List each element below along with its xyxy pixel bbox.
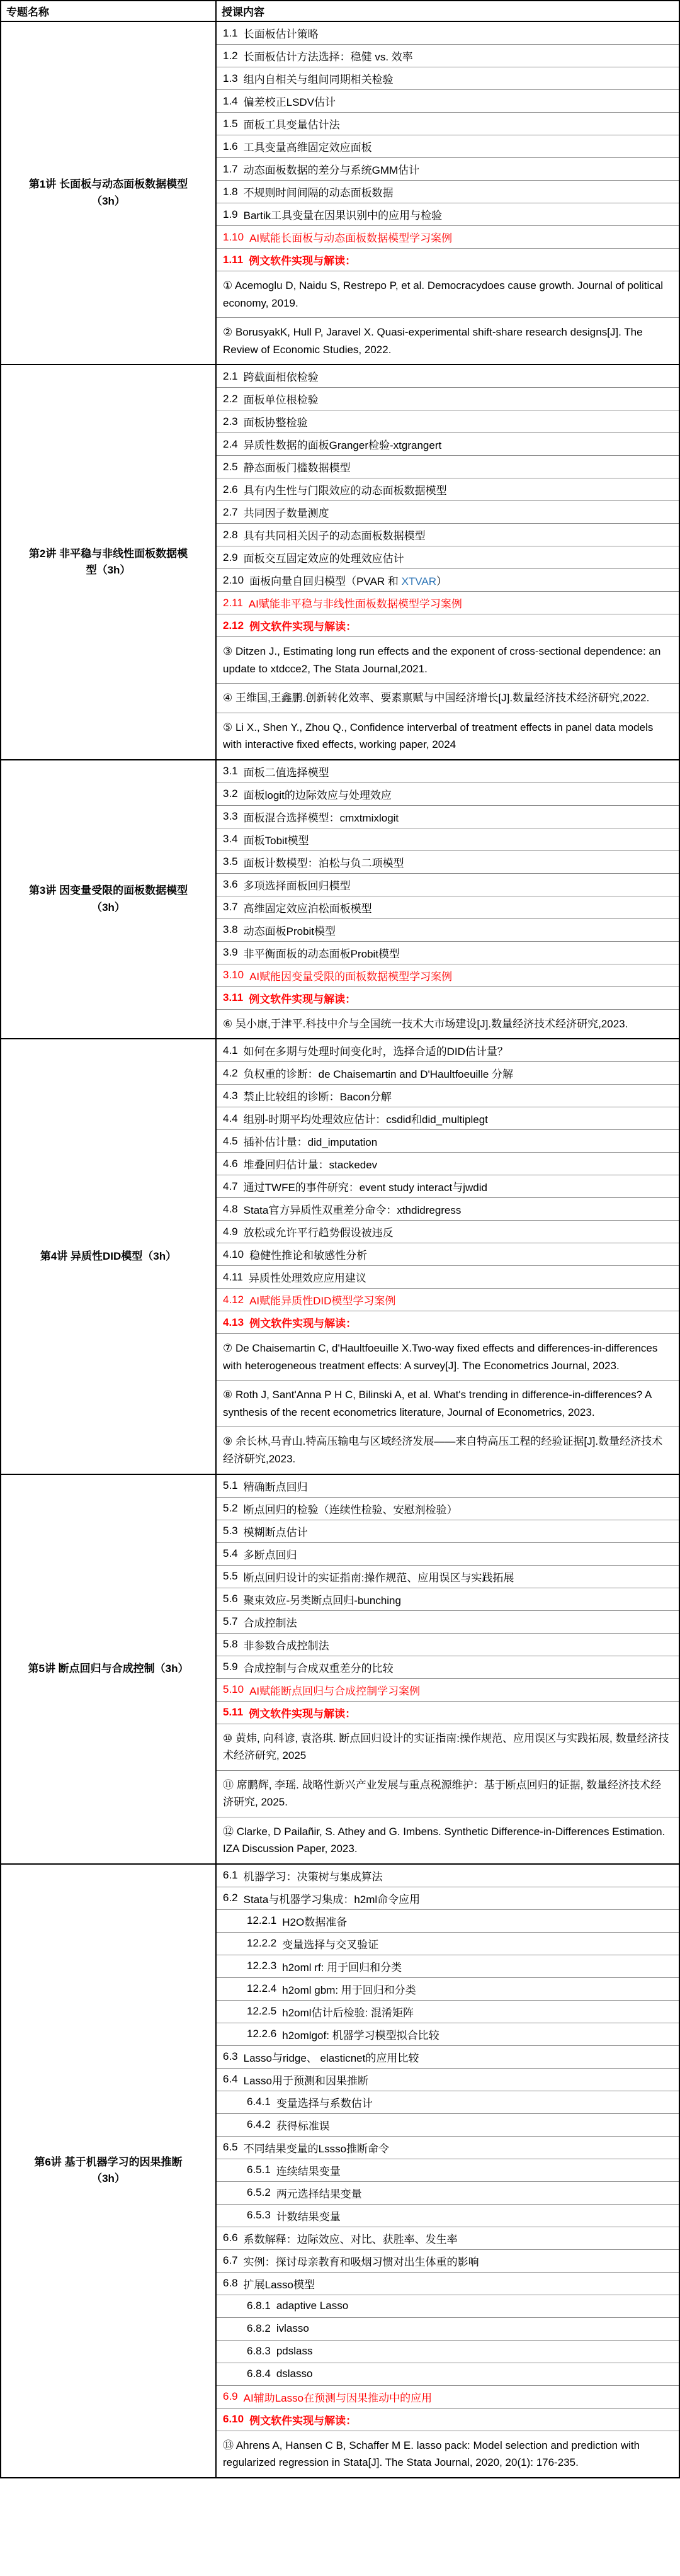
item-text: 获得标准误	[276, 2117, 330, 2133]
item-text: 例文软件实现与解读：	[249, 618, 356, 633]
content-row: 1.8不规则时间间隔的动态面板数据	[217, 181, 679, 203]
content-row: 4.9放松或允许平行趋势假设被违反	[217, 1221, 679, 1243]
reference-row: ⑩ 黄炜, 向科谚, 袁洛琪. 断点回归设计的实证指南:操作规范、应用误区与实践…	[217, 1724, 679, 1771]
item-text: 变量选择与系数估计	[276, 2094, 373, 2110]
content-row: 5.6聚束效应-另类断点回归-bunching	[217, 1588, 679, 1611]
item-number: 6.8.2	[247, 2322, 271, 2335]
content-row: 1.11例文软件实现与解读：	[217, 249, 679, 271]
item-text: 多项选择面板回归模型	[244, 877, 351, 893]
item-text: 扩展Lasso模型	[244, 2276, 315, 2291]
item-number: 6.4.2	[247, 2118, 271, 2131]
item-text: h2oml估计后检验: 混淆矩阵	[282, 2004, 414, 2020]
item-text: 面板工具变量估计法	[244, 116, 340, 132]
item-text: 插补估计量：did_imputation	[244, 1133, 378, 1149]
item-text-part: 面板向量自回归模型（PVAR 和	[249, 575, 401, 587]
item-number: 1.2	[223, 50, 238, 62]
item-number: 4.10	[223, 1248, 244, 1261]
item-text: 连续结果变量	[276, 2162, 341, 2178]
item-text: 断点回归的检验（连续性检验、安慰剂检验）	[244, 1501, 458, 1517]
item-number: 5.2	[223, 1502, 238, 1515]
item-number: 4.1	[223, 1044, 238, 1057]
content-row: 5.3模糊断点估计	[217, 1520, 679, 1543]
item-number: 6.8.1	[247, 2300, 271, 2312]
item-number: 1.3	[223, 72, 238, 85]
reference-row: ⑪ 席鹏辉, 李瑶. 战略性新兴产业发展与重点税源维护：基于断点回归的证据, 数…	[217, 1771, 679, 1817]
content-row: 6.8.1adaptive Lasso	[217, 2295, 679, 2318]
reference-row: ④ 王维国,王鑫鹏.创新转化效率、要素禀赋与中国经济增长[J].数量经济技术经济…	[217, 684, 679, 713]
content-row: 1.6工具变量高维固定效应面板	[217, 135, 679, 158]
content-row: 12.2.5h2oml估计后检验: 混淆矩阵	[217, 2001, 679, 2023]
reference-row: ⑫ Clarke, D Pailañir, S. Athey and G. Im…	[217, 1817, 679, 1863]
content-row: 1.1长面板估计策略	[217, 22, 679, 45]
content-row: 1.4偏差校正LSDV估计	[217, 90, 679, 113]
item-text: Lasso与ridge、 elasticnet的应用比较	[244, 2049, 419, 2065]
content-row: 6.7实例：探讨母亲教育和吸烟习惯对出生体重的影响	[217, 2250, 679, 2273]
item-number: 2.2	[223, 393, 238, 405]
item-number: 3.2	[223, 788, 238, 800]
item-number: 6.8	[223, 2277, 238, 2290]
item-number: 6.4	[223, 2073, 238, 2086]
item-number: 2.11	[223, 597, 243, 609]
item-number: 12.2.5	[247, 2005, 276, 2018]
content-row: 12.2.6h2omlgof: 机器学习模型拟合比较	[217, 2023, 679, 2046]
content-row: 4.4组别-时期平均处理效应估计：csdid和did_multiplegt	[217, 1107, 679, 1130]
content-row: 6.5不同结果变量的Lssso推断命令	[217, 2137, 679, 2159]
content-row: 5.4多断点回归	[217, 1543, 679, 1566]
item-text: 负权重的诊断：de Chaisemartin and D'Haultfoeuil…	[244, 1065, 513, 1081]
content-row: 3.9非平衡面板的动态面板Probit模型	[217, 942, 679, 964]
item-number: 6.10	[223, 2413, 244, 2426]
course-section: 第2讲 非平稳与非线性面板数据模 型（3h）2.1跨截面相依检验2.2面板单位根…	[1, 365, 679, 760]
item-number: 1.4	[223, 95, 238, 108]
content-row: 12.2.1H2O数据准备	[217, 1910, 679, 1933]
content-row: 2.1跨截面相依检验	[217, 365, 679, 388]
item-text: H2O数据准备	[282, 1913, 347, 1929]
item-number: 2.7	[223, 506, 238, 519]
content-row: 12.2.4h2oml gbm: 用于回归和分类	[217, 1978, 679, 2001]
item-text: 例文软件实现与解读：	[249, 252, 356, 268]
item-text: 机器学习：决策树与集成算法	[244, 1868, 383, 1884]
item-text: 计数结果变量	[276, 2208, 341, 2223]
content-row: 5.7合成控制法	[217, 1611, 679, 1634]
content-row: 2.5静态面板门槛数据模型	[217, 456, 679, 478]
reference-row: ⑥ 吴小康,于津平.科技中介与全国统一技术大市场建设[J].数量经济技术经济研究…	[217, 1010, 679, 1039]
reference-row: ⑧ Roth J, Sant'Anna P H C, Bilinski A, e…	[217, 1381, 679, 1427]
content-row: 3.6多项选择面板回归模型	[217, 874, 679, 896]
item-text: 不规则时间间隔的动态面板数据	[244, 184, 394, 200]
item-text: 例文软件实现与解读：	[249, 990, 356, 1006]
topic-name-cell: 第6讲 基于机器学习的因果推断 （3h）	[1, 1865, 217, 2477]
content-column: 6.1机器学习：决策树与集成算法6.2Stata与机器学习集成：h2ml命令应用…	[217, 1865, 679, 2477]
item-text: 面板二值选择模型	[244, 764, 329, 779]
content-row: 6.9AI辅助Lasso在预测与因果推动中的应用	[217, 2386, 679, 2409]
item-text: 面板单位根检验	[244, 391, 319, 407]
content-row: 2.7共同因子数量测度	[217, 501, 679, 524]
item-text: AI辅助Lasso在预测与因果推动中的应用	[244, 2389, 432, 2405]
item-text: 面板计数模型：泊松与负二项模型	[244, 854, 404, 870]
item-number: 4.7	[223, 1180, 238, 1193]
content-row: 5.9合成控制与合成双重差分的比较	[217, 1656, 679, 1679]
item-number: 6.8.4	[247, 2368, 271, 2380]
item-text: 例文软件实现与解读：	[249, 1705, 356, 1720]
item-number: 4.2	[223, 1067, 238, 1080]
item-text: 面板混合选择模型：cmxtmixlogit	[244, 809, 399, 825]
item-number: 12.2.2	[247, 1937, 276, 1950]
item-text: 偏差校正LSDV估计	[244, 93, 336, 109]
item-number: 1.10	[223, 231, 244, 244]
item-text: 长面板估计策略	[244, 25, 319, 41]
content-row: 3.11例文软件实现与解读：	[217, 987, 679, 1010]
content-row: 4.2负权重的诊断：de Chaisemartin and D'Haultfoe…	[217, 1062, 679, 1085]
course-syllabus-table: 专题名称 授课内容 第1讲 长面板与动态面板数据模型 （3h）1.1长面板估计策…	[0, 0, 680, 2478]
content-row: 6.8.3pdslass	[217, 2341, 679, 2363]
content-row: 6.3Lasso与ridge、 elasticnet的应用比较	[217, 2046, 679, 2069]
item-number: 6.5	[223, 2141, 238, 2154]
content-row: 6.4.2获得标准误	[217, 2114, 679, 2137]
item-text: 合成控制与合成双重差分的比较	[244, 1659, 394, 1675]
item-number: 6.2	[223, 1892, 238, 1904]
item-number: 4.6	[223, 1158, 238, 1170]
content-row: 4.13例文软件实现与解读：	[217, 1311, 679, 1334]
item-number: 6.8.3	[247, 2345, 271, 2358]
item-number: 4.12	[223, 1294, 244, 1306]
content-row: 2.8具有共同相关因子的动态面板数据模型	[217, 524, 679, 546]
content-row: 4.12AI赋能异质性DID模型学习案例	[217, 1289, 679, 1311]
item-number: 2.10	[223, 574, 244, 587]
item-text: 异质性处理效应应用建议	[249, 1269, 366, 1285]
item-number: 1.8	[223, 186, 238, 198]
item-text: 静态面板门槛数据模型	[244, 459, 351, 475]
content-row: 2.10面板向量自回归模型（PVAR 和 XTVAR）	[217, 569, 679, 592]
item-text: 例文软件实现与解读：	[249, 1314, 356, 1330]
item-number: 5.9	[223, 1661, 238, 1673]
item-number: 6.3	[223, 2050, 238, 2063]
item-number: 5.10	[223, 1683, 244, 1696]
topic-name-cell: 第4讲 异质性DID模型（3h）	[1, 1039, 217, 1473]
content-row: 6.8扩展Lasso模型	[217, 2273, 679, 2295]
item-text: 断点回归设计的实证指南:操作规范、应用误区与实践拓展	[244, 1569, 514, 1585]
content-row: 6.1机器学习：决策树与集成算法	[217, 1865, 679, 1887]
item-text: 放松或允许平行趋势假设被违反	[244, 1224, 394, 1240]
item-text: 高维固定效应泊松面板模型	[244, 900, 372, 915]
content-row: 6.5.1连续结果变量	[217, 2159, 679, 2182]
item-number: 6.4.1	[247, 2096, 271, 2108]
item-number: 3.9	[223, 946, 238, 959]
content-row: 4.11异质性处理效应应用建议	[217, 1266, 679, 1289]
content-row: 4.7通过TWFE的事件研究：event study interact与jwdi…	[217, 1175, 679, 1198]
content-row: 12.2.3h2oml rf: 用于回归和分类	[217, 1955, 679, 1978]
item-number: 4.4	[223, 1112, 238, 1125]
item-text: Stata官方异质性双重差分命令：xthdidregress	[244, 1201, 462, 1217]
item-number: 6.5.3	[247, 2209, 271, 2222]
item-text: AI赋能断点回归与合成控制学习案例	[249, 1682, 420, 1698]
item-text: dslasso	[276, 2368, 313, 2380]
item-text: 两元选择结果变量	[276, 2185, 362, 2201]
item-number: 4.5	[223, 1135, 238, 1148]
content-row: 5.1精确断点回归	[217, 1475, 679, 1498]
item-text: AI赋能非平稳与非线性面板数据模型学习案例	[249, 595, 462, 611]
item-number: 5.5	[223, 1570, 238, 1583]
content-column: 1.1长面板估计策略1.2长面板估计方法选择：稳健 vs. 效率1.3组内自相关…	[217, 22, 679, 364]
reference-row: ⑬ Ahrens A, Hansen C B, Schaffer M E. la…	[217, 2431, 679, 2477]
content-row: 1.10AI赋能长面板与动态面板数据模型学习案例	[217, 226, 679, 249]
content-row: 5.10AI赋能断点回归与合成控制学习案例	[217, 1679, 679, 1702]
item-number: 1.11	[223, 254, 243, 266]
item-number: 4.8	[223, 1203, 238, 1216]
content-column: 2.1跨截面相依检验2.2面板单位根检验2.3面板协整检验2.4异质性数据的面板…	[217, 365, 679, 759]
item-number: 2.3	[223, 415, 238, 428]
content-row: 3.2面板logit的边际效应与处理效应	[217, 783, 679, 806]
item-text: 非平衡面板的动态面板Probit模型	[244, 945, 400, 961]
content-column: 5.1精确断点回归5.2断点回归的检验（连续性检验、安慰剂检验）5.3模糊断点估…	[217, 1475, 679, 1863]
item-number: 1.5	[223, 118, 238, 130]
table-header-row: 专题名称 授课内容	[1, 1, 679, 22]
item-text: 堆叠回归估计量：stackedev	[244, 1156, 378, 1172]
item-number: 6.5.1	[247, 2164, 271, 2176]
content-row: 5.11例文软件实现与解读：	[217, 1702, 679, 1724]
topic-name-cell: 第2讲 非平稳与非线性面板数据模 型（3h）	[1, 365, 217, 759]
item-text-part: ）	[436, 575, 447, 587]
item-number: 3.6	[223, 878, 238, 891]
item-text: 多断点回归	[244, 1546, 297, 1562]
item-number: 5.3	[223, 1525, 238, 1537]
content-row: 1.2长面板估计方法选择：稳健 vs. 效率	[217, 45, 679, 67]
item-text: 动态面板数据的差分与系统GMM估计	[244, 161, 420, 177]
item-number: 6.7	[223, 2254, 238, 2267]
content-row: 3.4面板Tobit模型	[217, 828, 679, 851]
item-number: 5.4	[223, 1547, 238, 1560]
item-number: 3.4	[223, 833, 238, 845]
content-row: 6.4.1变量选择与系数估计	[217, 2091, 679, 2114]
content-row: 3.1面板二值选择模型	[217, 760, 679, 783]
item-text: 具有共同相关因子的动态面板数据模型	[244, 527, 426, 543]
item-number: 2.12	[223, 619, 244, 632]
item-number: 6.1	[223, 1869, 238, 1882]
content-row: 4.10稳健性推论和敏感性分析	[217, 1243, 679, 1266]
item-number: 3.7	[223, 901, 238, 913]
content-row: 3.8动态面板Probit模型	[217, 919, 679, 942]
content-row: 1.5面板工具变量估计法	[217, 113, 679, 135]
course-section: 第4讲 异质性DID模型（3h）4.1如何在多期与处理时间变化时，选择合适的DI…	[1, 1039, 679, 1474]
content-row: 4.6堆叠回归估计量：stackedev	[217, 1153, 679, 1175]
item-number: 3.11	[223, 991, 243, 1004]
reference-row: ⑤ Li X., Shen Y., Zhou Q., Confidence in…	[217, 713, 679, 759]
item-text: h2oml rf: 用于回归和分类	[282, 1958, 402, 1974]
item-text: 非参数合成控制法	[244, 1637, 329, 1652]
item-text: AI赋能因变量受限的面板数据模型学习案例	[249, 968, 452, 983]
item-number: 4.3	[223, 1090, 238, 1102]
course-section: 第6讲 基于机器学习的因果推断 （3h）6.1机器学习：决策树与集成算法6.2S…	[1, 1865, 679, 2477]
item-number: 5.11	[223, 1706, 243, 1719]
content-row: 2.12例文软件实现与解读：	[217, 614, 679, 637]
content-column: 3.1面板二值选择模型3.2面板logit的边际效应与处理效应3.3面板混合选择…	[217, 760, 679, 1039]
item-number: 6.5.2	[247, 2186, 271, 2199]
item-text: 面板协整检验	[244, 414, 308, 429]
content-row: 4.3禁止比较组的诊断：Bacon分解	[217, 1085, 679, 1107]
item-text: 组内自相关与组间同期相关检验	[244, 71, 394, 86]
item-text: 模糊断点估计	[244, 1523, 308, 1539]
content-row: 3.5面板计数模型：泊松与负二项模型	[217, 851, 679, 874]
item-number: 5.8	[223, 1638, 238, 1651]
item-number: 1.7	[223, 163, 238, 176]
content-row: 3.7高维固定效应泊松面板模型	[217, 896, 679, 919]
item-number: 4.11	[223, 1271, 243, 1284]
content-row: 5.5断点回归设计的实证指南:操作规范、应用误区与实践拓展	[217, 1566, 679, 1588]
item-number: 3.1	[223, 765, 238, 777]
item-text: 动态面板Probit模型	[244, 922, 336, 938]
content-row: 1.7动态面板数据的差分与系统GMM估计	[217, 158, 679, 181]
content-row: 2.11AI赋能非平稳与非线性面板数据模型学习案例	[217, 592, 679, 614]
reference-row: ① Acemoglu D, Naidu S, Restrepo P, et al…	[217, 271, 679, 318]
content-row: 2.2面板单位根检验	[217, 388, 679, 410]
content-row: 6.2Stata与机器学习集成：h2ml命令应用	[217, 1887, 679, 1910]
item-text: 不同结果变量的Lssso推断命令	[244, 2140, 389, 2155]
course-section: 第3讲 因变量受限的面板数据模型 （3h）3.1面板二值选择模型3.2面板log…	[1, 760, 679, 1040]
item-number: 3.8	[223, 924, 238, 936]
item-text: Bartik工具变量在因果识别中的应用与检验	[244, 206, 442, 222]
topic-name-cell: 第5讲 断点回归与合成控制（3h）	[1, 1475, 217, 1863]
item-text: ivlasso	[276, 2322, 309, 2335]
content-row: 2.3面板协整检验	[217, 410, 679, 433]
item-text: 组别-时期平均处理效应估计：csdid和did_multiplegt	[244, 1110, 488, 1126]
content-row: 1.9Bartik工具变量在因果识别中的应用与检验	[217, 203, 679, 226]
item-number: 2.8	[223, 529, 238, 541]
reference-row: ② BorusyakK, Hull P, Jaravel X. Quasi-ex…	[217, 318, 679, 364]
item-text: AI赋能异质性DID模型学习案例	[249, 1292, 395, 1308]
content-row: 4.5插补估计量：did_imputation	[217, 1130, 679, 1153]
content-row: 3.10AI赋能因变量受限的面板数据模型学习案例	[217, 964, 679, 987]
item-text: adaptive Lasso	[276, 2300, 348, 2312]
content-row: 6.4Lasso用于预测和因果推断	[217, 2069, 679, 2091]
header-teaching-content: 授课内容	[217, 1, 679, 21]
item-number: 2.1	[223, 370, 238, 383]
item-number: 12.2.1	[247, 1914, 276, 1927]
item-text: 变量选择与交叉验证	[282, 1936, 378, 1952]
item-text: 面板向量自回归模型（PVAR 和 XTVAR）	[249, 572, 447, 588]
content-column: 4.1如何在多期与处理时间变化时，选择合适的DID估计量？4.2负权重的诊断：d…	[217, 1039, 679, 1473]
item-text: 长面板估计方法选择：稳健 vs. 效率	[244, 48, 413, 64]
item-number: 12.2.4	[247, 1982, 276, 1995]
item-text: 通过TWFE的事件研究：event study interact与jwdid	[244, 1178, 487, 1194]
xtvar-link[interactable]: XTVAR	[402, 575, 436, 587]
item-number: 5.7	[223, 1615, 238, 1628]
topic-name-cell: 第1讲 长面板与动态面板数据模型 （3h）	[1, 22, 217, 364]
item-text: 稳健性推论和敏感性分析	[249, 1246, 367, 1262]
content-row: 6.6系数解释：边际效应、对比、获胜率、发生率	[217, 2227, 679, 2250]
item-number: 12.2.3	[247, 1960, 276, 1972]
content-row: 2.6具有内生性与门限效应的动态面板数据模型	[217, 478, 679, 501]
item-number: 3.3	[223, 810, 238, 823]
content-row: 2.4异质性数据的面板Granger检验-xtgrangert	[217, 433, 679, 456]
item-number: 1.9	[223, 208, 238, 221]
course-section: 第1讲 长面板与动态面板数据模型 （3h）1.1长面板估计策略1.2长面板估计方…	[1, 22, 679, 365]
item-text: 面板Tobit模型	[244, 832, 309, 847]
item-number: 2.9	[223, 551, 238, 564]
content-row: 4.1如何在多期与处理时间变化时，选择合适的DID估计量？	[217, 1039, 679, 1062]
course-section: 第5讲 断点回归与合成控制（3h）5.1精确断点回归5.2断点回归的检验（连续性…	[1, 1475, 679, 1865]
item-text: 如何在多期与处理时间变化时，选择合适的DID估计量？	[244, 1042, 508, 1058]
item-text: 具有内生性与门限效应的动态面板数据模型	[244, 482, 447, 497]
item-text: h2omlgof: 机器学习模型拟合比较	[282, 2026, 439, 2042]
item-number: 2.5	[223, 461, 238, 473]
item-number: 2.4	[223, 438, 238, 451]
content-row: 5.8非参数合成控制法	[217, 1634, 679, 1656]
content-row: 6.5.3计数结果变量	[217, 2205, 679, 2227]
item-number: 6.6	[223, 2232, 238, 2244]
reference-row: ③ Ditzen J., Estimating long run effects…	[217, 637, 679, 684]
topic-name-cell: 第3讲 因变量受限的面板数据模型 （3h）	[1, 760, 217, 1039]
item-number: 1.6	[223, 140, 238, 153]
content-row: 6.8.4dslasso	[217, 2363, 679, 2386]
reference-row: ⑦ De Chaisemartin C, d'Haultfoeuille X.T…	[217, 1334, 679, 1381]
item-text: AI赋能长面板与动态面板数据模型学习案例	[249, 229, 452, 245]
table-body: 第1讲 长面板与动态面板数据模型 （3h）1.1长面板估计策略1.2长面板估计方…	[1, 22, 679, 2477]
content-row: 6.5.2两元选择结果变量	[217, 2182, 679, 2205]
item-text: Stata与机器学习集成：h2ml命令应用	[244, 1890, 421, 1906]
content-row: 2.9面板交互固定效应的处理效应估计	[217, 546, 679, 569]
item-text: 系数解释：边际效应、对比、获胜率、发生率	[244, 2230, 458, 2246]
content-row: 12.2.2变量选择与交叉验证	[217, 1933, 679, 1955]
item-number: 3.5	[223, 856, 238, 868]
content-row: 5.2断点回归的检验（连续性检验、安慰剂检验）	[217, 1498, 679, 1520]
item-text: 合成控制法	[244, 1614, 297, 1630]
content-row: 3.3面板混合选择模型：cmxtmixlogit	[217, 806, 679, 828]
item-number: 5.6	[223, 1593, 238, 1605]
header-topic-name: 专题名称	[1, 1, 217, 21]
item-text: Lasso用于预测和因果推断	[244, 2072, 368, 2087]
content-row: 6.8.2ivlasso	[217, 2318, 679, 2341]
content-row: 4.8Stata官方异质性双重差分命令：xthdidregress	[217, 1198, 679, 1221]
item-number: 4.13	[223, 1316, 244, 1329]
item-text: 共同因子数量测度	[244, 504, 329, 520]
item-number: 1.1	[223, 27, 238, 40]
item-number: 5.1	[223, 1479, 238, 1492]
item-text: 实例：探讨母亲教育和吸烟习惯对出生体重的影响	[244, 2253, 479, 2269]
item-text: 面板交互固定效应的处理效应估计	[244, 550, 404, 565]
item-number: 3.10	[223, 969, 244, 981]
item-number: 4.9	[223, 1226, 238, 1238]
content-row: 1.3组内自相关与组间同期相关检验	[217, 67, 679, 90]
item-number: 6.9	[223, 2390, 238, 2403]
content-row: 6.10例文软件实现与解读：	[217, 2409, 679, 2431]
item-text: 工具变量高维固定效应面板	[244, 138, 372, 154]
item-number: 2.6	[223, 483, 238, 496]
item-number: 12.2.6	[247, 2028, 276, 2040]
item-text: 禁止比较组的诊断：Bacon分解	[244, 1088, 392, 1104]
item-text: 聚束效应-另类断点回归-bunching	[244, 1591, 401, 1607]
item-text: h2oml gbm: 用于回归和分类	[282, 1981, 416, 1997]
item-text: 例文软件实现与解读：	[249, 2412, 356, 2427]
reference-row: ⑨ 余长林,马青山.特高压输电与区域经济发展——来自特高压工程的经验证据[J].…	[217, 1427, 679, 1473]
item-text: 面板logit的边际效应与处理效应	[244, 786, 392, 802]
item-text: 精确断点回归	[244, 1478, 308, 1494]
item-text: pdslass	[276, 2345, 313, 2358]
item-text: 跨截面相依检验	[244, 368, 319, 384]
item-text: 异质性数据的面板Granger检验-xtgrangert	[244, 436, 442, 452]
